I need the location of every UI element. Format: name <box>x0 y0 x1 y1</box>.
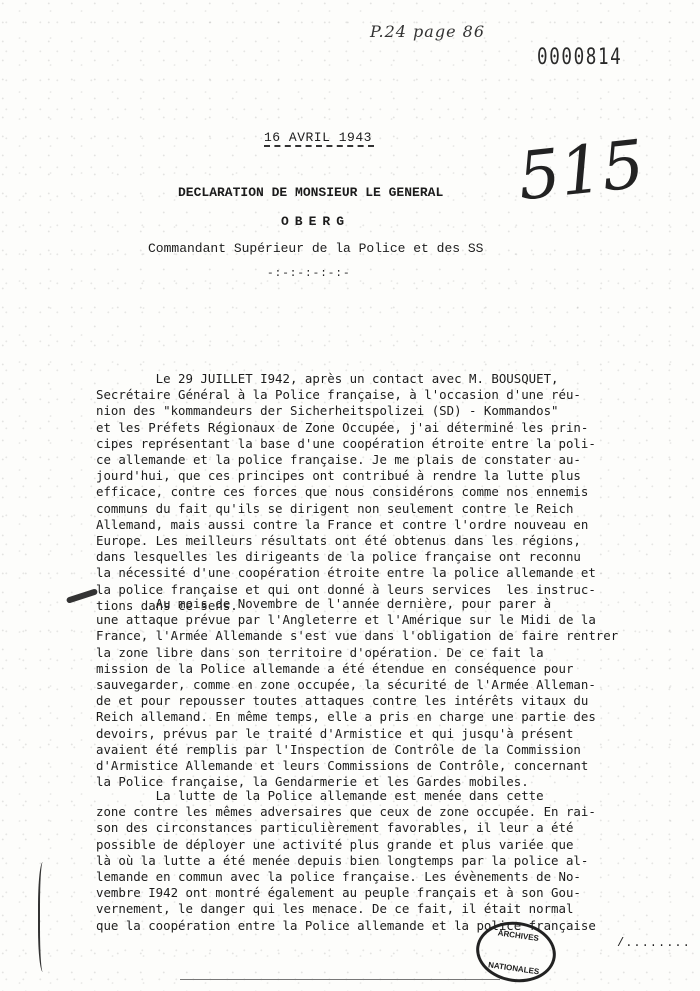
document-page: P.24 page 86 0000814 515 16 AVRIL 1943 D… <box>0 0 700 991</box>
ornament-divider: -:-:-:-:-:- <box>267 268 351 280</box>
paragraph-1: Le 29 JUILLET I942, après un contact ave… <box>96 371 696 614</box>
stamped-document-number: 0000814 <box>537 45 622 70</box>
continuation-mark: /........ <box>617 936 691 950</box>
handwritten-folio-number: 515 <box>514 126 647 216</box>
margin-bracket-mark <box>38 862 50 972</box>
handwritten-reference: P.24 page 86 <box>370 22 485 41</box>
date-underline <box>264 145 374 147</box>
pencil-mark <box>66 588 98 604</box>
bottom-rule <box>180 979 500 980</box>
paragraph-2: Au mois de Novembre de l'année dernière,… <box>96 596 696 790</box>
paragraph-3: La lutte de la Police allemande est mené… <box>96 788 696 934</box>
general-title: Commandant Supérieur de la Police et des… <box>148 241 483 256</box>
stamp-bottom-text: NATIONALES <box>476 959 551 978</box>
declaration-title: DECLARATION DE MONSIEUR LE GENERAL <box>178 185 443 200</box>
general-name: OBERG <box>281 214 350 229</box>
document-date: 16 AVRIL 1943 <box>264 130 372 145</box>
